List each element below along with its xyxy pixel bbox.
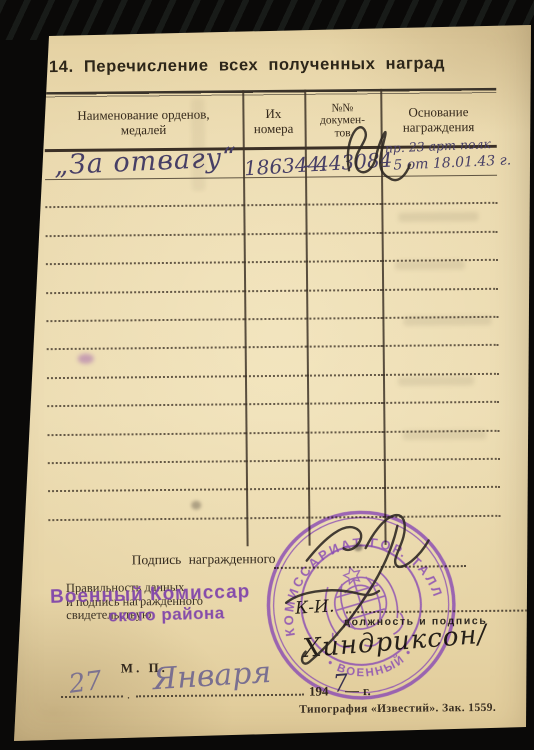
- photo-background: 14. Перечисление всех полученных наград …: [0, 0, 534, 750]
- handwritten-day: 27: [67, 666, 104, 700]
- date-separator-dot: .: [127, 687, 130, 702]
- awardee-signature-stroke: [306, 527, 361, 561]
- header-ink-squiggle-tail: [389, 165, 410, 181]
- signature-long-flourish: [301, 526, 399, 664]
- document-page: 14. Перечисление всех полученных наград …: [0, 0, 534, 750]
- page-content: 14. Перечисление всех полученных наград …: [0, 0, 534, 750]
- year-printed-prefix: 194: [309, 683, 329, 699]
- handwritten-month: Января: [152, 655, 272, 697]
- printing-house-imprint: Типография «Известий». Зак. 1559.: [299, 702, 496, 716]
- ink-signature-flourishes: [0, 0, 534, 750]
- handwritten-year-digit: 7: [332, 669, 349, 698]
- year-dash: [345, 691, 359, 692]
- year-suffix: г.: [363, 683, 371, 699]
- awardee-signature-stroke: [365, 515, 428, 567]
- header-ink-squiggle: [348, 127, 390, 178]
